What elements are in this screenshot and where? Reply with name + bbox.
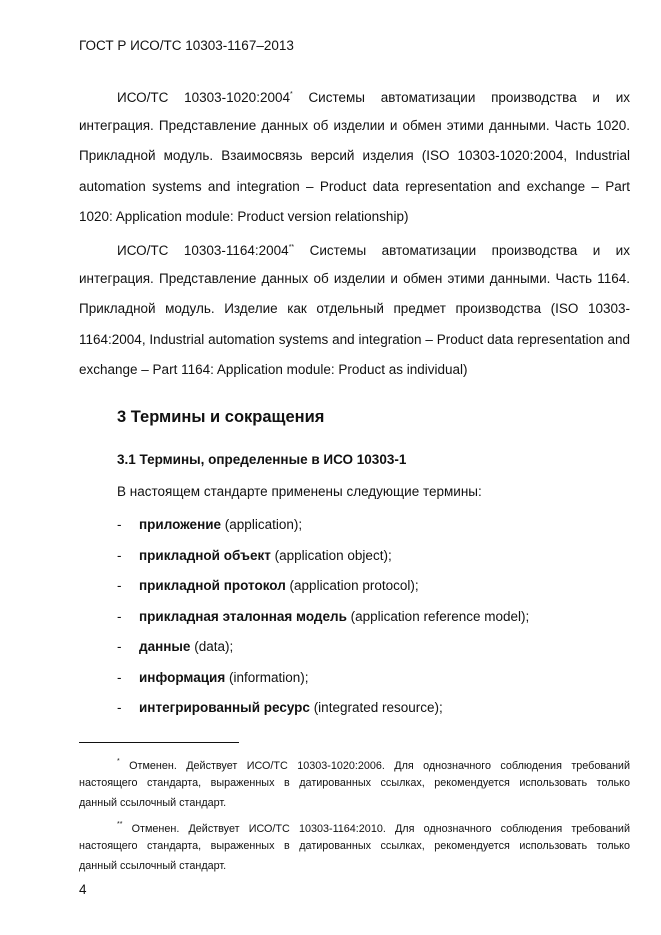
term-item: -прикладная эталонная модель (applicatio… (117, 602, 529, 633)
reference-line: ИСО/ТС 10303-1020:2004* Системы автомати… (79, 80, 630, 111)
reference-entry-1020: ИСО/ТС 10303-1020:2004* Системы автомати… (79, 80, 630, 233)
terms-list: -приложение (application); -прикладной о… (117, 510, 529, 724)
term-ru: информация (139, 663, 225, 694)
terms-intro: В настоящем стандарте применены следующи… (117, 484, 482, 499)
footnote-mark: ** (117, 821, 122, 828)
term-ru: прикладной протокол (139, 571, 286, 602)
footnote-mark: * (117, 758, 120, 765)
reference-line: Прикладной модуль. Взаимосвязь версий из… (79, 141, 630, 172)
term-item: -данные (data); (117, 632, 529, 663)
term-en: (application); (225, 510, 302, 541)
reference-line: 1164:2004, Industrial automation systems… (79, 325, 630, 356)
footnote-line: ** Отменен. Действует ИСО/ТС 10303-1164:… (79, 815, 630, 836)
footnote-mark: * (290, 91, 293, 98)
page-number: 4 (79, 882, 87, 897)
footnote-mark: ** (289, 244, 294, 251)
footnote-2: ** Отменен. Действует ИСО/ТС 10303-1164:… (79, 815, 630, 877)
footnote-separator (79, 742, 239, 743)
document-header: ГОСТ Р ИСО/ТС 10303-1167–2013 (79, 38, 294, 53)
reference-line: exchange – Part 1164: Application module… (79, 355, 630, 386)
footnote-line: настоящего стандарта, выраженных в датир… (79, 773, 630, 794)
list-dash: - (117, 571, 139, 602)
reference-line: интеграция. Представление данных об изде… (79, 264, 630, 295)
reference-line: интеграция. Представление данных об изде… (79, 111, 630, 142)
list-dash: - (117, 663, 139, 694)
reference-line: automation systems and integration – Pro… (79, 172, 630, 203)
term-en: (information); (229, 663, 309, 694)
section-title: 3 Термины и сокращения (117, 408, 324, 427)
list-dash: - (117, 693, 139, 724)
subsection-title: 3.1 Термины, определенные в ИСО 10303-1 (117, 452, 406, 467)
list-dash: - (117, 602, 139, 633)
list-dash: - (117, 510, 139, 541)
term-ru: данные (139, 632, 190, 663)
term-en: (data); (194, 632, 233, 663)
reference-line: ИСО/ТС 10303-1164:2004** Системы автомат… (79, 233, 630, 264)
term-item: -прикладной протокол (application protoc… (117, 571, 529, 602)
reference-line: 1020: Application module: Product versio… (79, 202, 630, 233)
footnote-1: * Отменен. Действует ИСО/ТС 10303-1020:2… (79, 752, 630, 814)
term-ru: приложение (139, 510, 221, 541)
term-ru: прикладная эталонная модель (139, 602, 347, 633)
reference-line: Прикладной модуль. Изделие как отдельный… (79, 294, 630, 325)
term-ru: прикладной объект (139, 541, 271, 572)
term-item: -приложение (application); (117, 510, 529, 541)
term-en: (integrated resource); (314, 693, 443, 724)
term-en: (application object); (275, 541, 392, 572)
footnote-line: данный ссылочный стандарт. (79, 793, 630, 814)
footnote-line: данный ссылочный стандарт. (79, 856, 630, 877)
list-dash: - (117, 632, 139, 663)
footnote-line: настоящего стандарта, выраженных в датир… (79, 836, 630, 857)
term-item: -прикладной объект (application object); (117, 541, 529, 572)
term-item: -информация (information); (117, 663, 529, 694)
term-item: -интегрированный ресурс (integrated reso… (117, 693, 529, 724)
term-ru: интегрированный ресурс (139, 693, 310, 724)
footnote-line: * Отменен. Действует ИСО/ТС 10303-1020:2… (79, 752, 630, 773)
list-dash: - (117, 541, 139, 572)
term-en: (application reference model); (351, 602, 530, 633)
reference-entry-1164: ИСО/ТС 10303-1164:2004** Системы автомат… (79, 233, 630, 386)
term-en: (application protocol); (290, 571, 419, 602)
